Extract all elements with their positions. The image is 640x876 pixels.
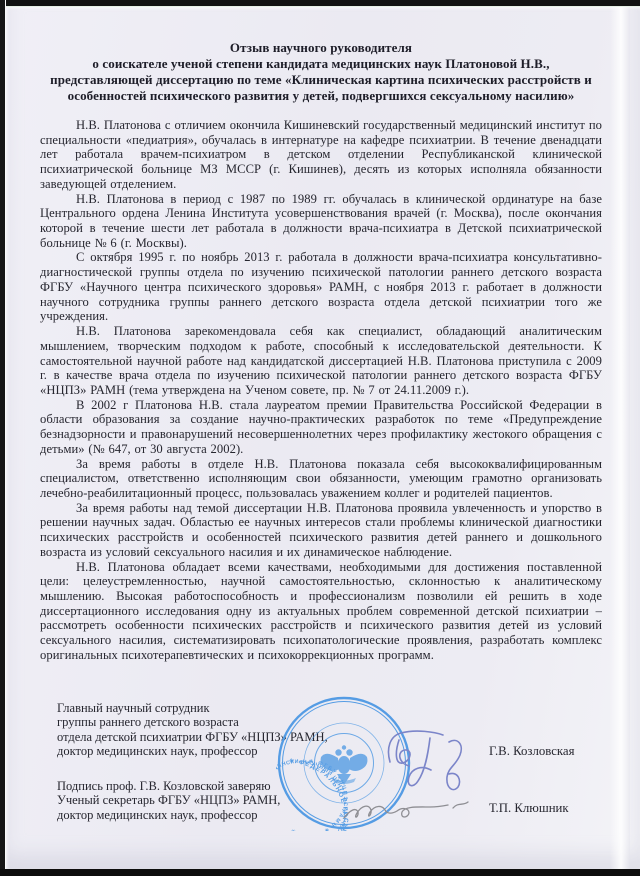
paragraph: Н.В. Платонова обладает всеми качествами… [40, 560, 602, 663]
title-line: о соискателе ученой степени кандидата ме… [40, 56, 602, 72]
paragraph: Н.В. Платонова с отличием окончила Кишин… [40, 118, 602, 192]
document-body: Отзыв научного руководителя о соискателе… [40, 40, 602, 663]
title-line: Отзыв научного руководителя [40, 40, 602, 56]
document-title: Отзыв научного руководителя о соискателе… [40, 40, 602, 104]
body-paragraphs: Н.В. Платонова с отличием окончила Кишин… [40, 118, 602, 663]
scan-edge-left [0, 0, 6, 876]
paragraph: Н.В. Платонова зарекомендовала себя как … [40, 324, 602, 398]
scan-edge-bottom [0, 869, 640, 876]
official-round-stamp: ✳ ФЕДЕРАЛЬНОЕ ГОСУДАРСТВЕННОЕ БЮДЖЕТНОЕ … [276, 695, 412, 831]
paragraph: Н.В. Платонова в период с 1987 по 1989 г… [40, 192, 602, 251]
scan-edge-top [0, 0, 640, 7]
paragraph: За время работы над темой диссертации Н.… [40, 501, 602, 560]
title-line: представляющей диссертацию по теме «Клин… [40, 72, 602, 88]
title-line: особенностей психического развития у дет… [40, 88, 602, 104]
scanned-document-page: Отзыв научного руководителя о соискателе… [0, 0, 640, 876]
paragraph: С октября 1995 г. по ноябрь 2013 г. рабо… [40, 250, 602, 324]
paragraph: За время работы в отделе Н.В. Платонова … [40, 457, 602, 501]
paragraph: В 2002 г Платонова Н.В. стала лауреатом … [40, 398, 602, 457]
